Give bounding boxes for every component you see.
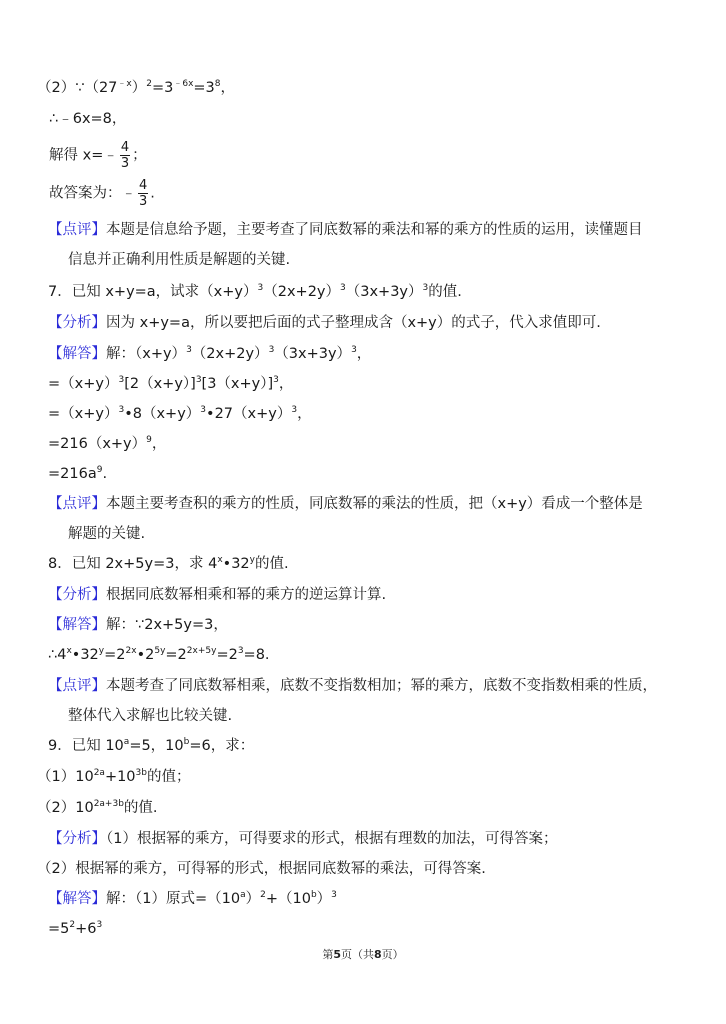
text: =5 — [48, 921, 69, 937]
question-7: 7．已知 x+y=a，试求（x+y）3（2x+2y）3（3x+3y）3的值. — [48, 282, 462, 302]
question-9-part-1: （1）102a+103b的值； — [37, 767, 191, 787]
review-tag: 【点评】 — [48, 678, 106, 694]
analysis-tag: 【分析】 — [48, 831, 106, 847]
text: 本题主要考查积的乘方的性质，同底数幂的乘法的性质，把（x+y）看成一个整体是 — [106, 496, 643, 512]
text: . — [102, 466, 107, 482]
review-paragraph: 【点评】本题主要考查积的乘方的性质，同底数幂的乘法的性质，把（x+y）看成一个整… — [48, 494, 643, 514]
page-footer: 第5页（共8页） — [0, 946, 726, 962]
solution-line: =（x+y）3•8（x+y）3•27（x+y）3， — [48, 404, 312, 424]
page-number: 5 — [333, 948, 341, 961]
text: [2（x+y）] — [124, 376, 196, 392]
denominator: 3 — [120, 156, 130, 171]
superscript: 3b — [136, 768, 147, 778]
solution-line: =216（x+y）9， — [48, 434, 166, 454]
superscript: ﹣x — [117, 79, 131, 89]
numerator: 4 — [120, 140, 130, 156]
answer-tag: 【解答】 — [48, 891, 106, 907]
review-paragraph-cont: 解题的关键. — [68, 524, 145, 544]
text: =5，10 — [129, 738, 183, 754]
text: （1）10 — [37, 769, 94, 785]
text: （2x+2y） — [192, 346, 269, 362]
solution-line: =（x+y）3[2（x+y）]3[3（x+y）]3， — [48, 374, 293, 394]
text: =8. — [244, 647, 270, 663]
text: •27（x+y） — [206, 406, 291, 422]
analysis-tag: 【分析】 — [48, 315, 106, 331]
answer-paragraph: 【解答】解：（x+y）3（2x+2y）3（3x+3y）3， — [48, 344, 371, 364]
text: •32 — [72, 647, 99, 663]
text: （2x+2y） — [263, 284, 340, 300]
text: ） — [246, 891, 261, 907]
review-paragraph: 【点评】本题考查了同底数幂相乘，底数不变指数相加；幂的乘方，底数不变指数相乘的性… — [48, 676, 657, 696]
text: =（x+y） — [48, 406, 118, 422]
text: =2 — [216, 647, 237, 663]
text: 根据同底数幂相乘和幂的乘方的逆运算计算. — [106, 587, 386, 603]
text: ； — [132, 148, 147, 164]
superscript: 2x — [126, 646, 137, 656]
answer-tag: 【解答】 — [48, 346, 106, 362]
text: =3 — [193, 80, 214, 96]
text: •32 — [223, 556, 250, 572]
review-paragraph-cont: 整体代入求解也比较关键. — [68, 706, 232, 726]
review-paragraph-cont: 信息并正确利用性质是解题的关键. — [68, 250, 290, 270]
text: 页） — [382, 948, 404, 961]
text: ） — [132, 80, 147, 96]
text: 解得 x=﹣ — [49, 148, 118, 164]
text: =6，求： — [189, 738, 254, 754]
text: =216（x+y） — [48, 436, 146, 452]
text: =2 — [104, 647, 125, 663]
text: +（10 — [266, 891, 311, 907]
denominator: 3 — [138, 194, 148, 209]
text: 的值； — [147, 769, 191, 785]
text: （3x+3y） — [346, 284, 423, 300]
superscript: 3 — [331, 890, 337, 900]
text: 本题是信息给予题，主要考查了同底数幂的乘法和幂的乘方的性质的运用，读懂题目 — [106, 222, 643, 238]
text: （3x+3y） — [274, 346, 351, 362]
solution-line: 故答案为：﹣43. — [49, 178, 155, 209]
answer-paragraph: 【解答】解：∵2x+5y=3， — [48, 615, 228, 635]
superscript: ﹣6x — [173, 79, 193, 89]
answer-tag: 【解答】 — [48, 617, 106, 633]
analysis-paragraph: 【分析】（1）根据幂的乘方，可得要求的形式，根据有理数的加法，可得答案； — [48, 829, 557, 849]
question-9-part-2: （2）102a+3b的值. — [37, 798, 158, 818]
text: 的值. — [124, 800, 158, 816]
text: ， — [297, 406, 312, 422]
text: （2）10 — [37, 800, 94, 816]
text: 解：（x+y） — [106, 346, 186, 362]
solution-line: 解得 x=﹣43； — [49, 140, 147, 171]
text: ） — [317, 891, 332, 907]
text: . — [150, 186, 155, 202]
text: 页（共 — [341, 948, 374, 961]
text: =3 — [152, 80, 173, 96]
question-9: 9．已知 10a=5，10b=6，求： — [48, 736, 254, 756]
text: （2）∵（27 — [37, 80, 117, 96]
text: 因为 x+y=a，所以要把后面的式子整理成含（x+y）的式子，代入求值即可. — [106, 315, 601, 331]
text: 本题考查了同底数幂相乘，底数不变指数相加；幂的乘方，底数不变指数相乘的性质， — [106, 678, 657, 694]
text: 7．已知 x+y=a，试求（x+y） — [48, 284, 258, 300]
superscript: 5y — [154, 646, 165, 656]
text: （1）根据幂的乘方，可得要求的形式，根据有理数的加法，可得答案； — [106, 831, 557, 847]
superscript: 2x+5y — [187, 646, 217, 656]
text: 9．已知 10 — [48, 738, 124, 754]
solution-line: （2）∵（27﹣x）2=3﹣6x=38， — [37, 78, 235, 98]
numerator: 4 — [138, 178, 148, 194]
text: =（x+y） — [48, 376, 118, 392]
text: =2 — [165, 647, 186, 663]
superscript: 2a — [94, 768, 105, 778]
text: ， — [357, 346, 372, 362]
superscript: 2a+3b — [94, 799, 124, 809]
analysis-paragraph: 【分析】根据同底数幂相乘和幂的乘方的逆运算计算. — [48, 585, 386, 605]
text: 解：∵2x+5y=3， — [106, 617, 228, 633]
analysis-paragraph: 【分析】因为 x+y=a，所以要把后面的式子整理成含（x+y）的式子，代入求值即… — [48, 313, 601, 333]
answer-paragraph: 【解答】解：（1）原式=（10a）2+（10b）3 — [48, 889, 337, 909]
text: =216a — [48, 466, 97, 482]
text: ∴4 — [48, 647, 66, 663]
text: •8（x+y） — [124, 406, 200, 422]
solution-line: ∴4x•32y=22x•25y=22x+5y=23=8. — [48, 645, 270, 665]
text: ， — [152, 436, 167, 452]
question-8: 8．已知 2x+5y=3，求 4x•32y的值. — [48, 554, 289, 574]
review-tag: 【点评】 — [48, 222, 106, 238]
text: +6 — [75, 921, 96, 937]
fraction: 43 — [120, 140, 130, 171]
solution-line: =52+63 — [48, 919, 102, 939]
text: 的值. — [428, 284, 462, 300]
solution-line: =216a9. — [48, 464, 107, 484]
analysis-tag: 【分析】 — [48, 587, 106, 603]
text: 故答案为：﹣ — [49, 186, 136, 202]
text: 的值. — [255, 556, 289, 572]
text: •2 — [137, 647, 155, 663]
text: 解：（1）原式=（10 — [106, 891, 240, 907]
text: 8．已知 2x+5y=3，求 4 — [48, 556, 217, 572]
text: 第 — [322, 948, 333, 961]
review-paragraph: 【点评】本题是信息给予题，主要考查了同底数幂的乘法和幂的乘方的性质的运用，读懂题… — [48, 220, 643, 240]
fraction: 43 — [138, 178, 148, 209]
analysis-paragraph-cont: （2）根据幂的乘方，可得幂的形式，根据同底数幂的乘法，可得答案. — [37, 859, 486, 879]
text: +10 — [105, 769, 136, 785]
text: ， — [221, 80, 236, 96]
review-tag: 【点评】 — [48, 496, 106, 512]
superscript: 3 — [96, 920, 102, 930]
text: [3（x+y）] — [202, 376, 274, 392]
solution-line: ∴﹣6x=8， — [49, 109, 126, 129]
total-pages: 8 — [374, 948, 382, 961]
text: ， — [279, 376, 294, 392]
